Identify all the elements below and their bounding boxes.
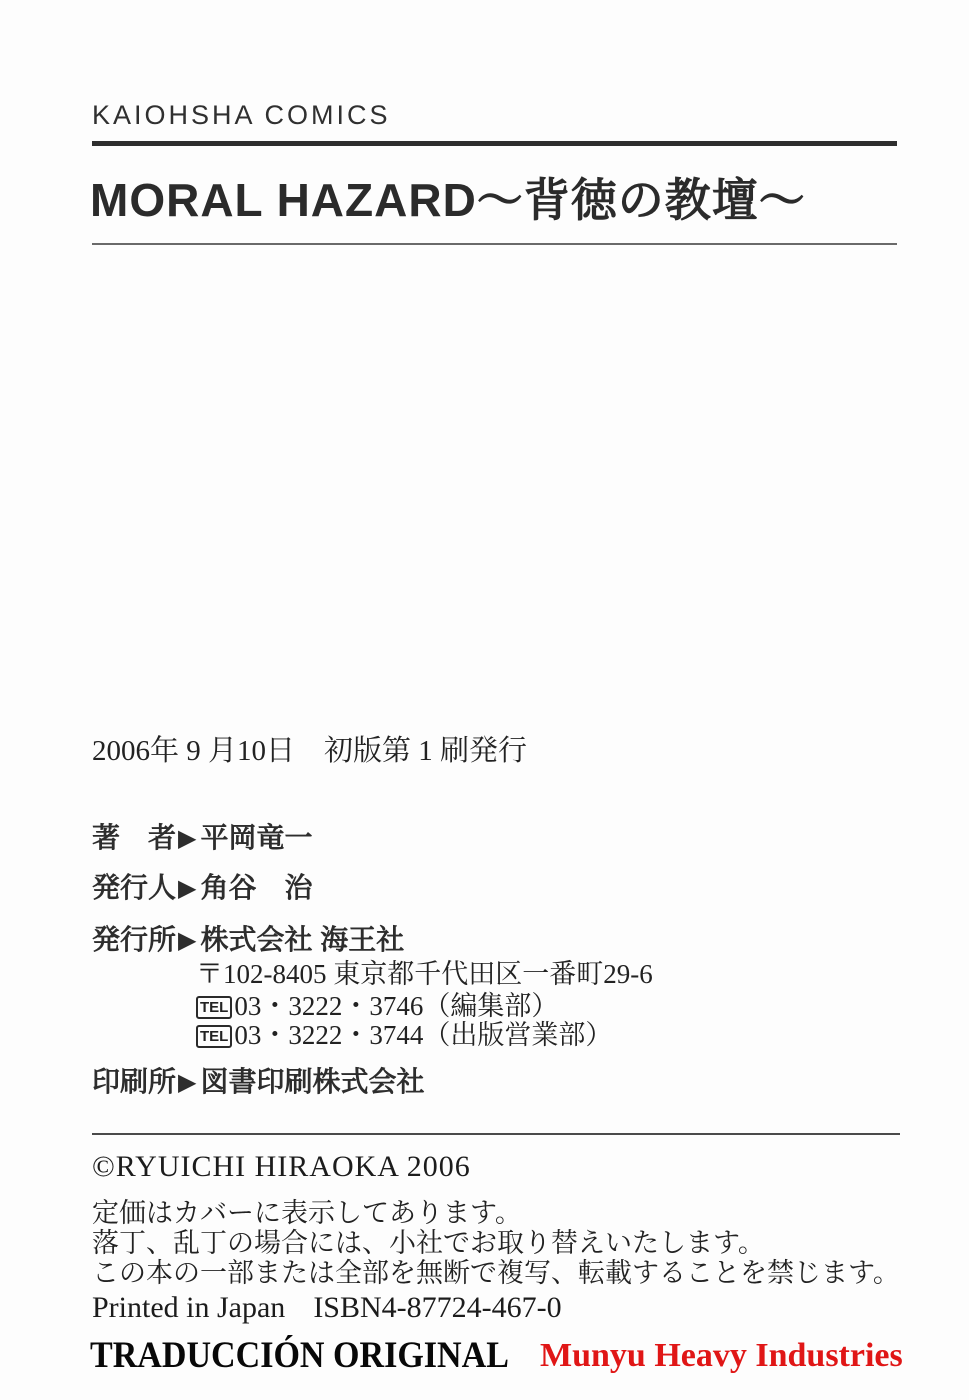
reproduction-note: この本の一部または全部を無断で複写、転載することを禁じます。 — [92, 1251, 900, 1290]
arrow-right-icon: ▶ — [176, 875, 200, 902]
book-title: MORAL HAZARD〜背徳の教壇〜 — [90, 164, 806, 230]
arrow-right-icon: ▶ — [176, 825, 200, 852]
tel-number: 03・3222・3744 — [234, 1020, 423, 1050]
credit-label: 発行人 — [92, 872, 176, 903]
copyright-line: ©RYUICHI HIRAOKA 2006 — [92, 1150, 471, 1184]
scanlation-group-credit: Munyu Heavy Industries — [540, 1337, 903, 1375]
arrow-right-icon: ▶ — [176, 1069, 200, 1096]
credit-value: 角谷 治 — [200, 872, 312, 903]
credit-row-author: 著 者▶平岡竜一 — [92, 816, 313, 856]
colophon-page: KAIOHSHA COMICS MORAL HAZARD〜背徳の教壇〜 2006… — [0, 0, 969, 1400]
credit-value: 株式会社 海王社 — [200, 924, 404, 955]
imprint-brand: KAIOHSHA COMICS — [92, 100, 391, 131]
title-divider-rule — [92, 243, 897, 245]
credit-label: 著 者 — [92, 822, 176, 853]
brand-divider-rule — [92, 141, 897, 146]
credit-label: 印刷所 — [92, 1066, 176, 1097]
translation-credit: TRADUCCIÓN ORIGINAL — [90, 1334, 509, 1377]
legal-divider-rule — [92, 1133, 900, 1135]
tel-dept: （出版営業部） — [423, 1020, 612, 1050]
printed-isbn-line: Printed in JapanISBN4-87724-467-0 — [92, 1291, 562, 1325]
credit-row-printer: 印刷所▶図書印刷株式会社 — [92, 1060, 425, 1100]
credit-value: 図書印刷株式会社 — [200, 1066, 424, 1097]
credit-value: 平岡竜一 — [200, 822, 312, 853]
tel-icon: TEL — [196, 1025, 232, 1048]
publisher-tel-sales: TEL03・3222・3744（出版営業部） — [196, 1013, 612, 1052]
credit-label: 発行所 — [92, 924, 176, 955]
printed-in-japan: Printed in Japan — [92, 1291, 285, 1324]
arrow-right-icon: ▶ — [176, 927, 200, 954]
edition-date-line: 2006年 9 月10日 初版第 1 刷発行 — [92, 728, 527, 769]
isbn-number: ISBN4-87724-467-0 — [313, 1291, 561, 1324]
credit-row-publisher-person: 発行人▶角谷 治 — [92, 866, 313, 906]
